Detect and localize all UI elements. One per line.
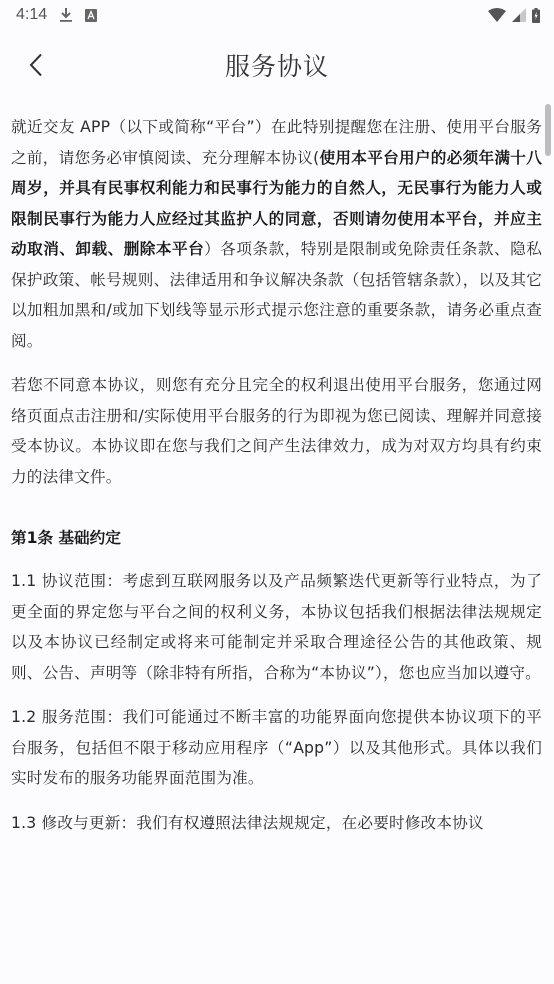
intro-paragraph: 就近交友 APP（以下或简称“平台”）在此特别提醒您在注册、使用平台服务之前，请… <box>11 112 542 356</box>
signal-icon <box>512 8 526 22</box>
wifi-icon <box>488 8 506 22</box>
agreement-content[interactable]: 就近交友 APP（以下或简称“平台”）在此特别提醒您在注册、使用平台服务之前，请… <box>0 100 554 984</box>
section-title: 第1条 基础约定 <box>11 526 542 550</box>
status-bar: 4:14 <box>0 0 554 30</box>
chevron-left-icon <box>28 53 44 77</box>
status-left: 4:14 <box>16 6 97 24</box>
status-time: 4:14 <box>16 6 47 24</box>
clause-1-3: 1.3 修改与更新：我们有权遵照法律法规规定，在必要时修改本协议 <box>11 808 542 839</box>
battery-charging-icon <box>532 8 540 23</box>
download-icon <box>59 7 73 23</box>
scrollbar[interactable] <box>545 104 551 156</box>
text-a-icon <box>85 9 97 22</box>
app-bar: 服务协议 <box>0 30 554 100</box>
status-right <box>488 8 540 23</box>
page-title: 服务协议 <box>225 47 329 83</box>
clause-1-2: 1.2 服务范围：我们可能通过不断丰富的功能界面向您提供本协议项下的平台服务，包… <box>11 702 542 794</box>
withdraw-paragraph: 若您不同意本协议，则您有充分且完全的权利退出使用平台服务，您通过网络页面点击注册… <box>11 370 542 492</box>
back-button[interactable] <box>20 45 52 85</box>
clause-1-1: 1.1 协议范围：考虑到互联网服务以及产品频繁迭代更新等行业特点，为了更全面的界… <box>11 566 542 688</box>
